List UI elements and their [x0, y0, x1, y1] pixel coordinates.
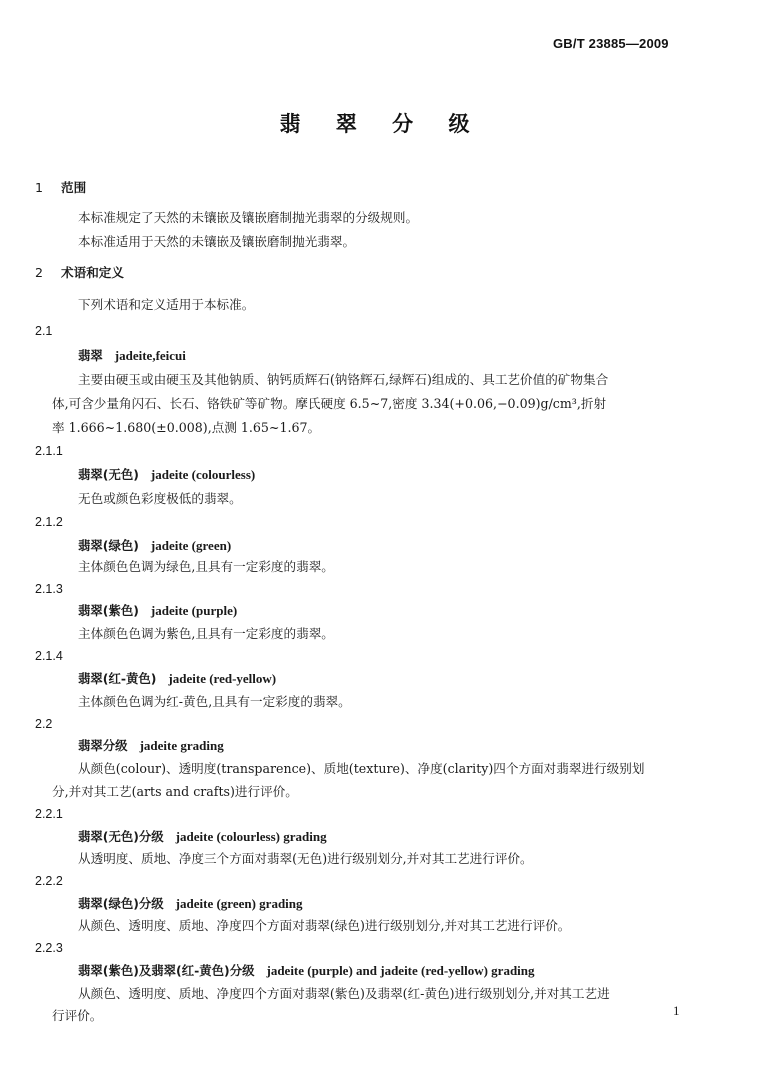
clause-number: 2.1.2 — [35, 514, 63, 530]
section-title: 术语和定义 — [61, 265, 124, 280]
clause-number: 2.1 — [35, 323, 52, 339]
term-zh: 翡翠(紫色)及翡翠(红-黄色)分级 — [78, 963, 254, 978]
definition-line: 从颜色(colour)、透明度(transparence)、质地(texture… — [78, 761, 644, 777]
definition-line: 从颜色、透明度、质地、净度四个方面对翡翠(绿色)进行级别划分,并对其工艺进行评价… — [78, 918, 570, 934]
definition-line: 分,并对其工艺(arts and crafts)进行评价。 — [52, 784, 298, 800]
term-en: jadeite (colourless) grading — [176, 829, 327, 844]
paragraph: 下列术语和定义适用于本标准。 — [78, 297, 254, 313]
term-en: jadeite (green) grading — [176, 896, 303, 911]
term-en: jadeite grading — [140, 738, 224, 753]
term-zh: 翡翠(红-黄色) — [78, 671, 156, 686]
paragraph: 本标准规定了天然的未镶嵌及镶嵌磨制抛光翡翠的分级规则。 — [78, 210, 418, 226]
term-heading: 翡翠(绿色)分级jadeite (green) grading — [78, 896, 303, 912]
term-zh: 翡翠 — [78, 348, 103, 363]
term-zh: 翡翠(紫色) — [78, 603, 139, 618]
definition-line: 行评价。 — [52, 1008, 102, 1024]
term-heading: 翡翠(绿色)jadeite (green) — [78, 538, 231, 554]
clause-number: 2.2.1 — [35, 806, 63, 822]
definition-line: 主体颜色色调为红-黄色,且具有一定彩度的翡翠。 — [78, 694, 351, 710]
term-zh: 翡翠分级 — [78, 738, 128, 753]
definition-line: 从颜色、透明度、质地、净度四个方面对翡翠(紫色)及翡翠(红-黄色)进行级别划分,… — [78, 986, 610, 1002]
definition-line: 体,可含少量角闪石、长石、铬铁矿等矿物。摩氏硬度 6.5~7,密度 3.34(+… — [52, 396, 606, 412]
term-en: jadeite (purple) — [151, 603, 237, 618]
term-heading: 翡翠分级jadeite grading — [78, 738, 224, 754]
definition-line: 无色或颜色彩度极低的翡翠。 — [78, 491, 242, 507]
term-heading: 翡翠(无色)jadeite (colourless) — [78, 467, 255, 483]
page-title: 翡 翠 分 级 — [0, 108, 763, 138]
term-zh: 翡翠(无色) — [78, 467, 139, 482]
term-zh: 翡翠(绿色) — [78, 538, 139, 553]
section-title: 范围 — [61, 180, 86, 195]
clause-number: 2.1.3 — [35, 581, 63, 597]
term-heading: 翡翠(紫色)及翡翠(红-黄色)分级jadeite (purple) and ja… — [78, 963, 535, 979]
clause-number: 2.2.3 — [35, 940, 63, 956]
page-number: 1 — [673, 1003, 680, 1019]
clause-number: 2.1.4 — [35, 648, 63, 664]
standard-code: GB/T 23885—2009 — [553, 36, 669, 51]
section-heading-2: 2术语和定义 — [35, 265, 124, 281]
term-en: jadeite (colourless) — [151, 467, 255, 482]
clause-number: 2.2.2 — [35, 873, 63, 889]
definition-line: 率 1.666~1.680(±0.008),点测 1.65~1.67。 — [52, 420, 320, 436]
term-heading: 翡翠(红-黄色)jadeite (red-yellow) — [78, 671, 276, 687]
term-zh: 翡翠(绿色)分级 — [78, 896, 164, 911]
paragraph: 本标准适用于天然的未镶嵌及镶嵌磨制抛光翡翠。 — [78, 234, 355, 250]
clause-number: 2.2 — [35, 716, 52, 732]
term-heading: 翡翠(无色)分级jadeite (colourless) grading — [78, 829, 327, 845]
term-zh: 翡翠(无色)分级 — [78, 829, 164, 844]
definition-line: 主体颜色色调为紫色,且具有一定彩度的翡翠。 — [78, 626, 334, 642]
term-en: jadeite,feicui — [115, 348, 186, 363]
definition-line: 主要由硬玉或由硬玉及其他钠质、钠钙质辉石(钠铬辉石,绿辉石)组成的、具工艺价值的… — [78, 372, 608, 388]
section-heading-1: 1范围 — [35, 180, 86, 196]
term-en: jadeite (red-yellow) — [168, 671, 276, 686]
term-en: jadeite (purple) and jadeite (red-yellow… — [266, 963, 534, 978]
definition-line: 从透明度、质地、净度三个方面对翡翠(无色)进行级别划分,并对其工艺进行评价。 — [78, 851, 533, 867]
definition-line: 主体颜色色调为绿色,且具有一定彩度的翡翠。 — [78, 559, 334, 575]
section-number: 1 — [35, 180, 61, 196]
section-number: 2 — [35, 265, 61, 281]
term-en: jadeite (green) — [151, 538, 231, 553]
term-heading: 翡翠(紫色)jadeite (purple) — [78, 603, 237, 619]
clause-number: 2.1.1 — [35, 443, 63, 459]
term-heading: 翡翠jadeite,feicui — [78, 348, 186, 364]
